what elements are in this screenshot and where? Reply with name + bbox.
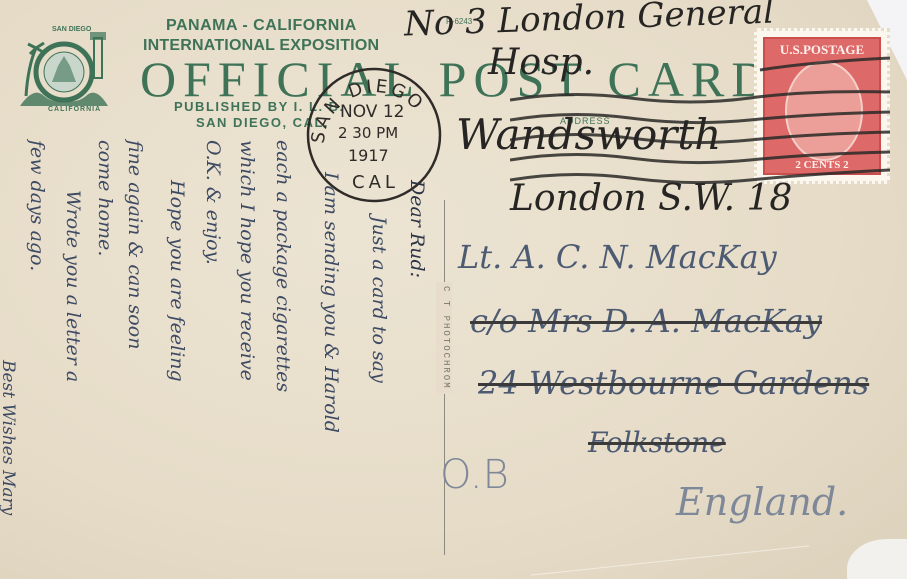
postcard-back: SAN DIEGO CALIFORNIA PANAMA - CALIFORNIA…	[0, 0, 907, 579]
postmark-date: NOV 12	[340, 102, 404, 122]
logo-bottom-text: CALIFORNIA	[48, 106, 101, 113]
address-street: 24 Westbourne Gardens	[478, 364, 869, 402]
postmark-time: 2 30 PM	[338, 124, 398, 142]
message-line-2: I am sending you & Harold	[320, 172, 342, 433]
message-line-1: Just a card to say	[368, 216, 390, 383]
address-line-2: Hosp.	[488, 42, 594, 83]
message-line-10: few days ago.	[26, 140, 48, 271]
message-greeting: Dear Rud:	[406, 180, 428, 278]
crease	[531, 545, 810, 575]
address-town: Folkstone	[588, 426, 726, 459]
message-line-4: which I hope you receive	[236, 140, 258, 381]
header-line-1: PANAMA - CALIFORNIA	[166, 17, 357, 35]
postmark-year: 1917	[348, 146, 389, 165]
message-line-3: each a package cigarettes	[272, 140, 294, 392]
message-line-5: O.K. & enjoy.	[202, 140, 224, 265]
address-line-3: Wandsworth	[456, 110, 721, 159]
pencil-annotation: O.B	[440, 452, 509, 498]
message-line-9: Wrote you a letter a	[62, 190, 84, 382]
photochrom-imprint: C T PHOTOCHROM	[436, 282, 452, 394]
postmark-state: CAL	[352, 172, 399, 193]
seal-icon	[14, 26, 114, 118]
recipient-name: Lt. A. C. N. MacKay	[458, 238, 777, 276]
bent-corner	[847, 539, 907, 579]
message-signoff: Best Wishes Mary	[0, 360, 18, 515]
address-line-1: No 3 London General	[403, 0, 774, 44]
message-line-6: Hope you are feeling	[166, 180, 188, 382]
address-line-4: London S.W. 18	[510, 178, 792, 219]
address-care-of: c/o Mrs D. A. MacKay	[470, 302, 822, 340]
logo-top-text: SAN DIEGO	[52, 26, 91, 33]
message-line-8: come home.	[94, 140, 116, 256]
exposition-seal-logo: SAN DIEGO CALIFORNIA	[14, 26, 114, 118]
address-country: England.	[676, 480, 848, 524]
message-line-7: fine again & can soon	[124, 140, 146, 349]
